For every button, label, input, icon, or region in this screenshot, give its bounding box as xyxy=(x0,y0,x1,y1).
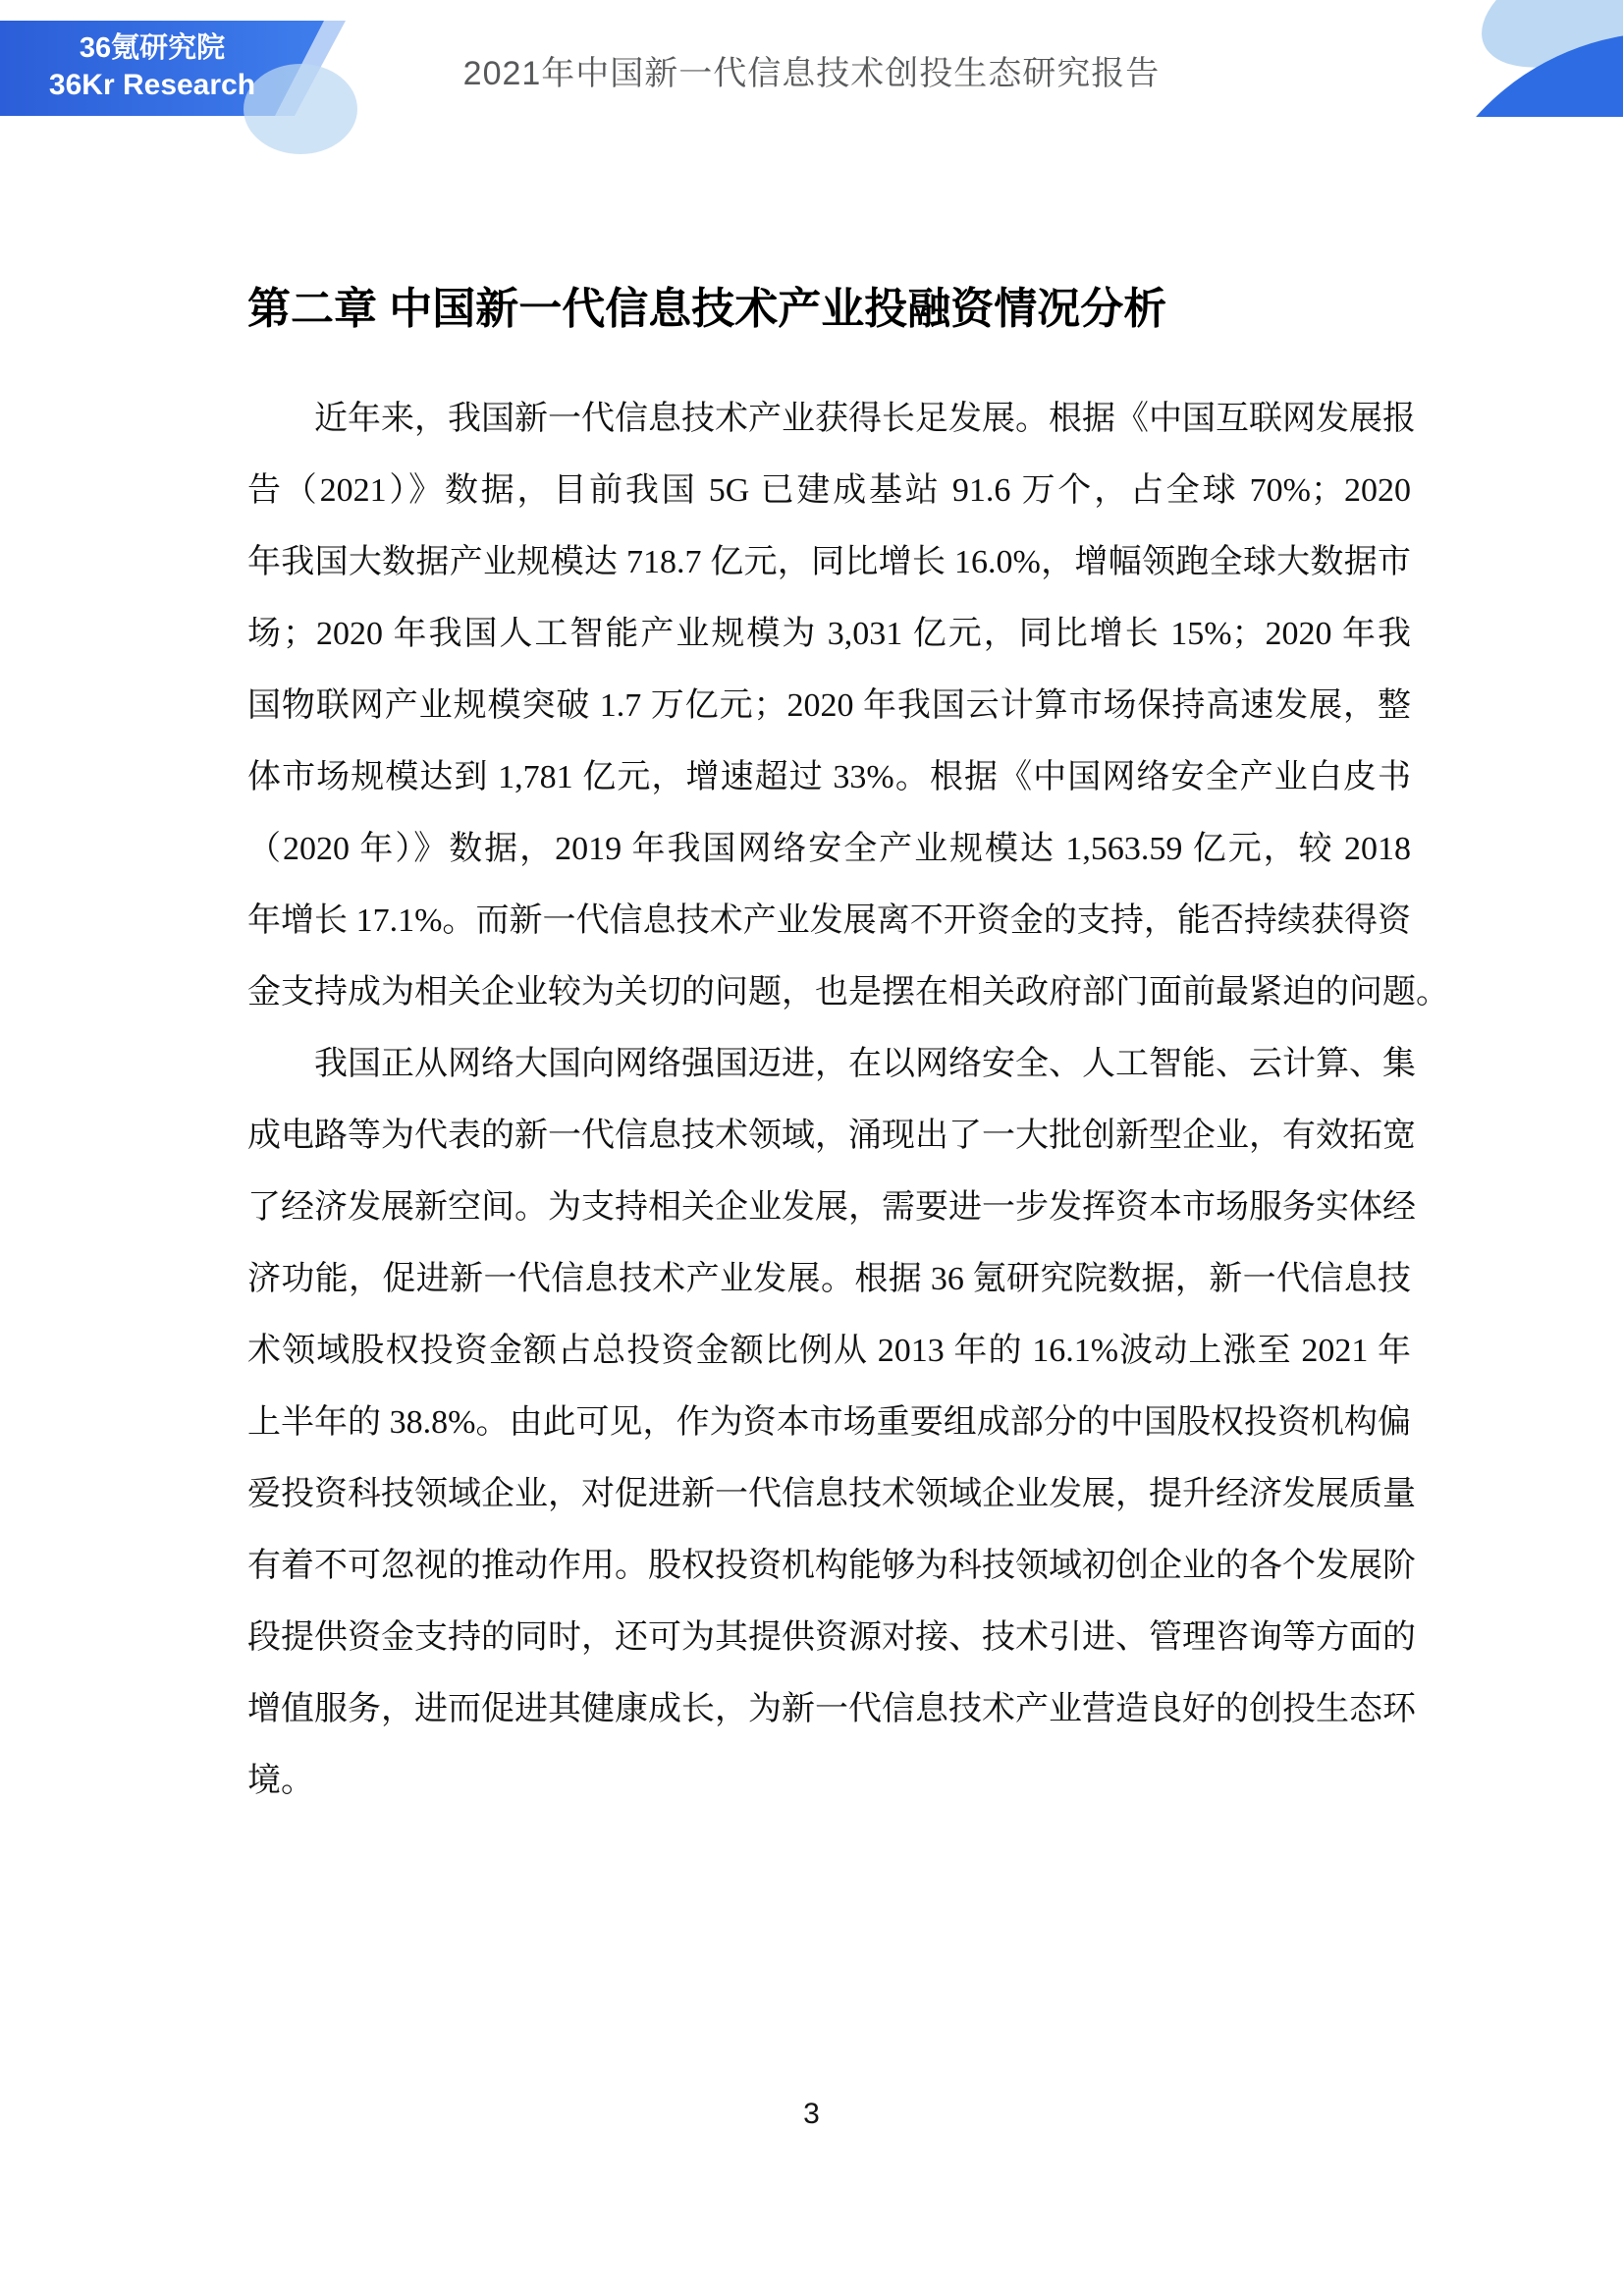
body-line: （2020 年）》数据，2019 年我国网络安全产业规模达 1,563.59 亿… xyxy=(247,813,1411,885)
body-line: 增值服务，进而促进其健康成长，为新一代信息技术产业营造良好的创投生态环 xyxy=(247,1673,1411,1745)
body-line: 术领域股权投资金额占总投资金额比例从 2013 年的 16.1%波动上涨至 20… xyxy=(247,1315,1411,1387)
body-line: 济功能，促进新一代信息技术产业发展。根据 36 氪研究院数据，新一代信息技 xyxy=(247,1243,1411,1315)
header-band: 36氪研究院 36Kr Research 2021年中国新一代信息技术创投生态研… xyxy=(0,0,1623,167)
body-line: 告（2021）》数据，目前我国 5G 已建成基站 91.6 万个，占全球 70%… xyxy=(247,455,1411,526)
body-line: 年我国大数据产业规模达 718.7 亿元，同比增长 16.0%，增幅领跑全球大数… xyxy=(247,526,1411,598)
page-number: 3 xyxy=(0,2098,1623,2131)
report-title: 2021年中国新一代信息技术创投生态研究报告 xyxy=(0,46,1623,94)
body-line: 有着不可忽视的推动作用。股权投资机构能够为科技领域初创企业的各个发展阶 xyxy=(247,1530,1411,1602)
body-line: 爱投资科技领域企业，对促进新一代信息技术领域企业发展，提升经济发展质量 xyxy=(247,1458,1411,1530)
body-line: 金支持成为相关企业较为关切的问题，也是摆在相关政府部门面前最紧迫的问题。 xyxy=(247,957,1411,1028)
body-line: 场；2020 年我国人工智能产业规模为 3,031 亿元，同比增长 15%；20… xyxy=(247,598,1411,670)
paragraph-2: 我国正从网络大国向网络强国迈进，在以网络安全、人工智能、云计算、集 成电路等为代… xyxy=(247,1028,1411,1817)
body-line: 段提供资金支持的同时，还可为其提供资源对接、技术引进、管理咨询等方面的 xyxy=(247,1602,1411,1673)
body-line: 年增长 17.1%。而新一代信息技术产业发展离不开资金的支持，能否持续获得资 xyxy=(247,885,1411,957)
body-line: 上半年的 38.8%。由此可见，作为资本市场重要组成部分的中国股权投资机构偏 xyxy=(247,1387,1411,1458)
body-line: 境。 xyxy=(247,1745,1411,1817)
body-text: 近年来，我国新一代信息技术产业获得长足发展。根据《中国互联网发展报 告（2021… xyxy=(247,383,1411,1817)
chapter-heading: 第二章 中国新一代信息技术产业投融资情况分析 xyxy=(247,282,1411,337)
body-line: 体市场规模达到 1,781 亿元，增速超过 33%。根据《中国网络安全产业白皮书 xyxy=(247,741,1411,813)
body-line: 了经济发展新空间。为支持相关企业发展，需要进一步发挥资本市场服务实体经 xyxy=(247,1172,1411,1243)
body-line: 成电路等为代表的新一代信息技术领域，涌现出了一大批创新型企业，有效拓宽 xyxy=(247,1100,1411,1172)
body-line: 国物联网产业规模突破 1.7 万亿元；2020 年我国云计算市场保持高速发展，整 xyxy=(247,670,1411,741)
body-line: 近年来，我国新一代信息技术产业获得长足发展。根据《中国互联网发展报 xyxy=(247,383,1411,455)
body-line: 我国正从网络大国向网络强国迈进，在以网络安全、人工智能、云计算、集 xyxy=(247,1028,1411,1100)
paragraph-1: 近年来，我国新一代信息技术产业获得长足发展。根据《中国互联网发展报 告（2021… xyxy=(247,383,1411,1028)
